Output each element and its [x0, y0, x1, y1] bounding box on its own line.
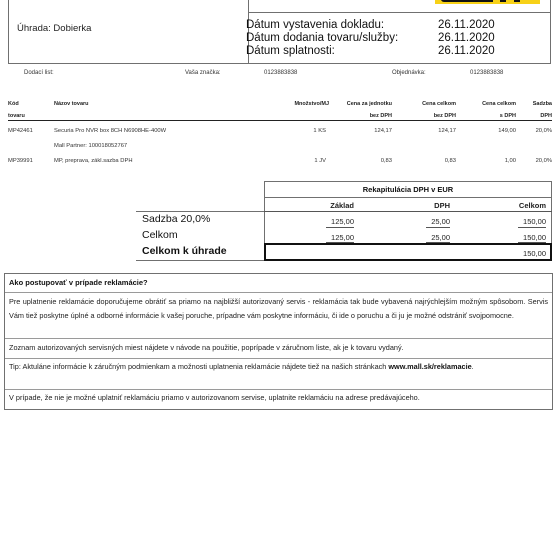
grand-total-value: 150,00 — [490, 249, 546, 258]
item-name: MP, preprava, zákl.sazba DPH — [54, 158, 133, 164]
recap-col-base: Základ — [300, 201, 354, 210]
recap-row-label: Celkom — [142, 229, 178, 241]
complaint-link[interactable]: www.mall.sk/reklamacie — [388, 362, 471, 371]
col-total-gross-2: s DPH — [460, 113, 516, 119]
col-code: Kód — [8, 101, 19, 107]
item-code: MP42461 — [8, 128, 33, 134]
recap-rule — [136, 211, 264, 212]
logo-area — [249, 0, 550, 13]
item-qty: 1 KS — [280, 128, 326, 134]
item-qty: 1 JV — [280, 158, 326, 164]
col-vat: Sadzba — [518, 101, 552, 107]
payment-panel: Úhrada: Dobierka — [9, 0, 249, 63]
item-vat: 20,0% — [518, 128, 552, 134]
recap-base: 125,00 — [300, 217, 354, 226]
recap-row-label: Sadzba 20,0% — [142, 213, 210, 225]
separator — [5, 389, 552, 390]
recap-base: 125,00 — [300, 233, 354, 242]
col-code-2: tovaru — [8, 113, 25, 119]
recap-vat: 25,00 — [400, 233, 450, 242]
col-total-net-2: bez DPH — [400, 113, 456, 119]
col-qty: Množstvo/MJ — [280, 101, 329, 107]
separator — [5, 358, 552, 359]
separator — [5, 292, 552, 293]
col-unit-price: Cena za jednotku — [330, 101, 392, 107]
recap-vat: 25,00 — [400, 217, 450, 226]
col-total-gross: Cena celkom — [460, 101, 516, 107]
mall-logo-icon — [435, 0, 540, 4]
underline — [326, 227, 354, 228]
complaint-paragraph-3: Tip: Aktuláne informácie k záručným podm… — [9, 360, 548, 374]
date-issued: Dátum vystavenia dokladu: 26.11.2020 — [246, 19, 495, 32]
recap-header-rule — [264, 211, 552, 212]
recap-total: 150,00 — [490, 217, 546, 226]
recap-title: Rekapitulácia DPH v EUR — [265, 182, 551, 198]
date-due: Dátum splatnosti: 26.11.2020 — [246, 45, 495, 58]
complaint-info-box: Ako postupovať v prípade reklamácie? Pre… — [4, 273, 553, 410]
recap-col-vat: DPH — [400, 201, 450, 210]
item-code: MP39991 — [8, 158, 33, 164]
delivery-note-label: Dodací list: — [24, 70, 54, 76]
item-total-net: 0,83 — [400, 158, 456, 164]
underline — [426, 227, 450, 228]
recap-rule-bottom — [136, 260, 264, 261]
order-value: 0123883838 — [470, 70, 503, 76]
recap-col-total: Celkom — [490, 201, 546, 210]
underline — [518, 227, 546, 228]
item-unit-price: 0,83 — [330, 158, 392, 164]
col-total-net: Cena celkom — [400, 101, 456, 107]
item-unit-price: 124,17 — [330, 128, 392, 134]
date-delivery: Dátum dodania tovaru/služby: 26.11.2020 — [246, 32, 495, 45]
complaint-paragraph-2: Zoznam autorizovaných servisných miest n… — [9, 341, 548, 355]
grand-total-label: Celkom k úhrade — [142, 245, 227, 257]
item-total-net: 124,17 — [400, 128, 456, 134]
payment-method: Úhrada: Dobierka — [17, 23, 91, 34]
invoice-dates: Dátum vystavenia dokladu: 26.11.2020 Dát… — [246, 19, 495, 58]
item-total-gross: 1,00 — [460, 158, 516, 164]
complaint-paragraph-4: V prípade, že nie je možné uplatniť rekl… — [9, 391, 548, 405]
item-total-gross: 149,00 — [460, 128, 516, 134]
col-vat-2: DPH — [518, 113, 552, 119]
item-partner: Mall Partner: 100018052767 — [54, 143, 127, 149]
item-name: Securia Pro NVR box 8CH N6908HE-400W — [54, 128, 166, 134]
your-ref-value: 0123883838 — [264, 70, 297, 76]
item-vat: 20,0% — [518, 158, 552, 164]
col-unit-price-2: bez DPH — [330, 113, 392, 119]
header-rule — [8, 120, 552, 121]
order-label: Objednávka: — [392, 70, 426, 76]
separator — [5, 338, 552, 339]
your-ref-label: Vaša značka: — [185, 70, 221, 76]
complaint-paragraph-1: Pre uplatnenie reklamácie doporučujeme o… — [9, 295, 548, 322]
complaint-title: Ako postupovať v prípade reklamácie? — [9, 278, 148, 287]
recap-total: 150,00 — [490, 233, 546, 242]
col-name: Názov tovaru — [54, 101, 89, 107]
